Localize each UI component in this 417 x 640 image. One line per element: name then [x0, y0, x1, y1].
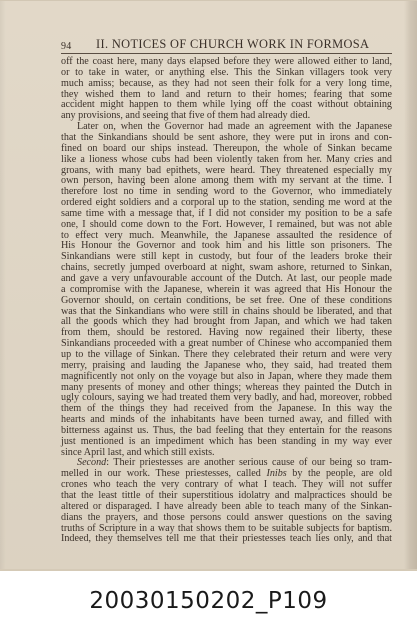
text-line: bitterness against us. Thus, the bad fee… — [61, 425, 392, 436]
inibs-term: Inibs — [266, 468, 286, 479]
text-line: one, I should come down to the Fort. How… — [61, 219, 392, 230]
page-number: 94 — [61, 41, 71, 52]
text-line: just mentioned is an impediment which ha… — [61, 436, 392, 447]
text-line: own person, having been alone among them… — [61, 175, 392, 186]
text-line: same time with a message that, if I did … — [61, 208, 392, 219]
chapter-title: II. NOTICES OF CHURCH WORK IN FORMOSA — [96, 37, 392, 52]
running-head: 94 II. NOTICES OF CHURCH WORK IN FORMOSA — [61, 37, 392, 53]
text-line: fined on board our ships instead. Thereu… — [61, 143, 392, 154]
text-line: much amiss; because, as they had not see… — [61, 78, 392, 89]
text-line: magnificently not only on the voyage but… — [61, 371, 392, 382]
text-line: Sinkandians were still kept in custody, … — [61, 251, 392, 262]
text-line: they wished them to land and return to t… — [61, 89, 392, 100]
header-rule — [61, 53, 392, 54]
text-line: Indeed, they themselves tell me that the… — [61, 533, 392, 544]
text-line: truths of Scripture in a way that shows … — [61, 523, 392, 534]
text-line: merry, praising and lauding the Japanese… — [61, 360, 392, 371]
page-bottom-edge — [0, 569, 417, 571]
text-line: Sinkandians proceeded with a great numbe… — [61, 338, 392, 349]
text-line: His Honour the Governor and took him and… — [61, 240, 392, 251]
text-line: chains, secretly jumped overboard at nig… — [61, 262, 392, 273]
text-line: to effect very much. Meanwhile, the Japa… — [61, 230, 392, 241]
inibs-after: by the people, are old — [287, 468, 392, 479]
text-line: accident might happen to them while lyin… — [61, 99, 392, 110]
text-line: crones who teach the very contrary of wh… — [61, 479, 392, 490]
text-line: therefore lost no time in sending word t… — [61, 186, 392, 197]
text-line: melled in our work. These priestesses, c… — [61, 468, 392, 479]
image-caption: 20030150202_P109 — [0, 588, 417, 614]
text-line: groans, with many bad epithets, were hea… — [61, 165, 392, 176]
text-line: hearts and minds of the inhabitants have… — [61, 414, 392, 425]
paragraph-start-line: Second: Their priestesses are another se… — [61, 457, 392, 468]
text-line: all the goods which they had brought fro… — [61, 316, 392, 327]
text-line: up to the village of Sinkan. There they … — [61, 349, 392, 360]
text-line: was that the Sinkandians who were still … — [61, 306, 392, 317]
text-line: that the Sinkandians should be sent asho… — [61, 132, 392, 143]
paragraph-start-line: Later on, when the Governor had made an … — [61, 121, 392, 132]
text-line: and gave a very unfavourable account of … — [61, 273, 392, 284]
text-line: dians the prayers, and those persons cou… — [61, 512, 392, 523]
text-line: ordered eight soldiers and a corporal up… — [61, 197, 392, 208]
text-line: them of the things they had received fro… — [61, 403, 392, 414]
text-line: or to take in water, or anything else. T… — [61, 67, 392, 78]
text-line: any provisions, and seeing that five of … — [61, 110, 392, 121]
text-line: since April last, and which still exists… — [61, 447, 392, 458]
text-line: that the least tittle of their superstit… — [61, 490, 392, 501]
text-line: altered or disparaged. I have already be… — [61, 501, 392, 512]
text-line: off the coast here, many days elapsed be… — [61, 56, 392, 67]
text-line: many presents of money and other things;… — [61, 382, 392, 393]
scanned-book-page: 94 II. NOTICES OF CHURCH WORK IN FORMOSA… — [0, 0, 417, 570]
text-line: like a lioness whose cubs had been viole… — [61, 154, 392, 165]
text-line: from them, should be restored. Having no… — [61, 327, 392, 338]
second-label: Second — [77, 457, 106, 468]
text-line: Governor should, on certain conditions, … — [61, 295, 392, 306]
inibs-before: melled in our work. These priestesses, c… — [61, 468, 266, 479]
text-line: a compromise with the Japanese, wherein … — [61, 284, 392, 295]
text-line: ugly colours, saying we had treated them… — [61, 392, 392, 403]
second-text: : Their priestesses are another serious … — [106, 457, 392, 468]
